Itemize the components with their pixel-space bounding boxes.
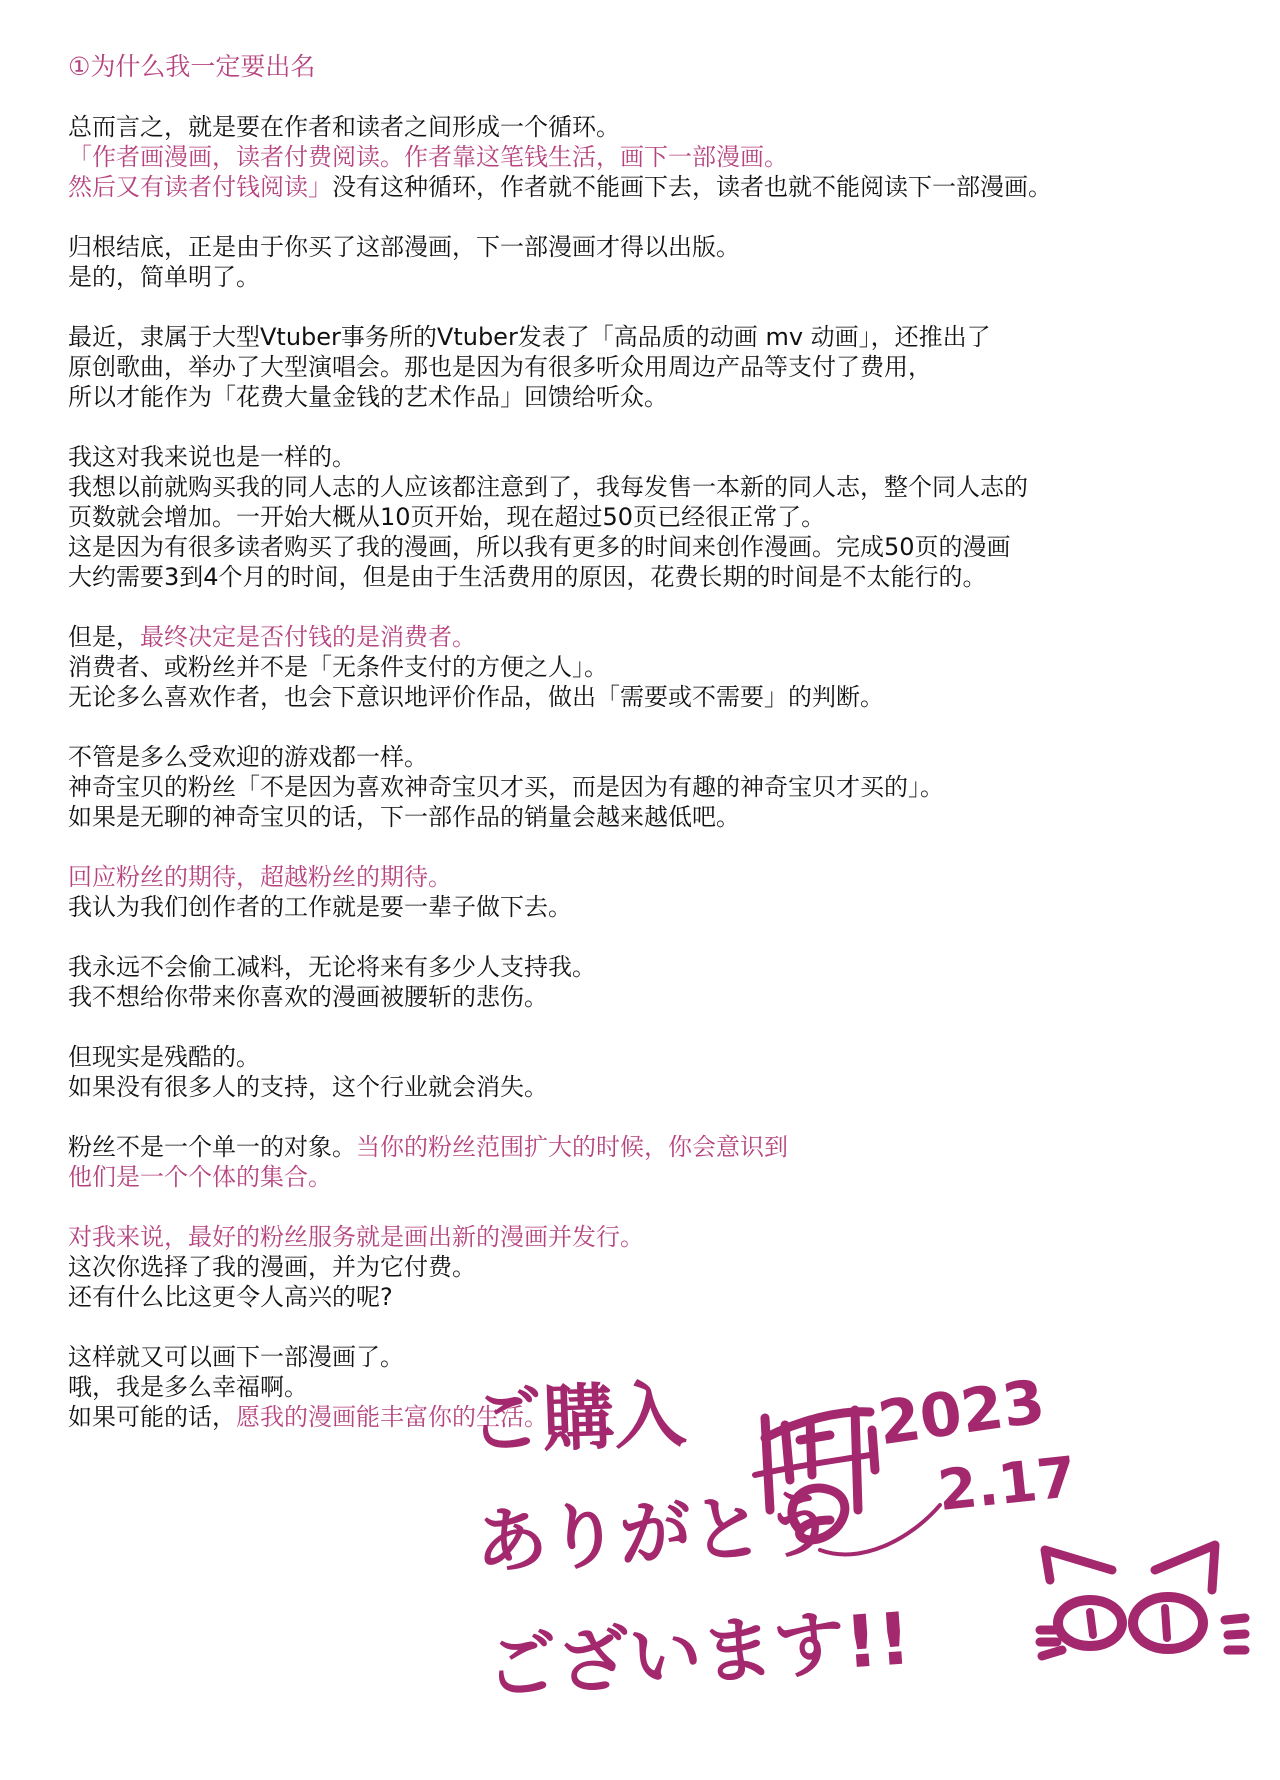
highlighted-text: 当你的粉丝范围扩大的时候，你会意识到 [356,1133,788,1161]
text-line: 原创歌曲，举办了大型演唱会。那也是因为有很多听众用周边产品等支付了费用， [68,352,1248,382]
spacer [68,202,1248,232]
body-text: 无论多么喜欢作者，也会下意识地评价作品，做出「需要或不需要」的判断。 [68,683,884,711]
text-line: 他们是一个个体的集合。 [68,1162,1248,1192]
section-title: ①为什么我一定要出名 [68,52,1248,82]
text-line: 页数就会增加。一开始大概从10页开始，现在超过50页已经很正常了。 [68,502,1248,532]
signature-line-2: ありがとう [473,1466,838,1589]
body-text: 大约需要3到4个月的时间，但是由于生活费用的原因，花费长期的时间是不太能行的。 [68,563,987,591]
paragraph: 我永远不会偷工减料，无论将来有多少人支持我。我不想给你带来你喜欢的漫画被腰斩的悲… [68,952,1248,1012]
body-text: 还有什么比这更令人高兴的呢? [68,1283,393,1311]
body-text: 粉丝不是一个单一的对象。 [68,1133,356,1161]
body-text: 是的，简单明了。 [68,263,260,291]
body-text: 这是因为有很多读者购买了我的漫画，所以我有更多的时间来创作漫画。完成50页的漫画 [68,533,1011,561]
paragraph: 但现实是残酷的。如果没有很多人的支持，这个行业就会消失。 [68,1042,1248,1102]
signature-line-1: ご購入 [468,1356,688,1467]
spacer [68,1102,1248,1132]
paragraph: 我这对我来说也是一样的。我想以前就购买我的同人志的人应该都注意到了，我每发售一本… [68,442,1248,592]
body-text: 如果可能的话， [68,1403,236,1431]
body-text: 原创歌曲，举办了大型演唱会。那也是因为有很多听众用周边产品等支付了费用， [68,353,932,381]
spacer [68,592,1248,622]
spacer [68,82,1248,112]
spacer [68,832,1248,862]
paragraph: 但是，最终决定是否付钱的是消费者。消费者、或粉丝并不是「无条件支付的方便之人」。… [68,622,1248,712]
body-text: 哦，我是多么幸福啊。 [68,1373,308,1401]
spacer [68,922,1248,952]
text-line: 归根结底，正是由于你买了这部漫画，下一部漫画才得以出版。 [68,232,1248,262]
text-line: 如果是无聊的神奇宝贝的话，下一部作品的销量会越来越低吧。 [68,802,1248,832]
body-text: 归根结底，正是由于你买了这部漫画，下一部漫画才得以出版。 [68,233,740,261]
body-text: 不管是多么受欢迎的游戏都一样。 [68,743,428,771]
body-text: 没有这种循环，作者就不能画下去，读者也就不能阅读下一部漫画。 [332,173,1052,201]
text-line: 最近，隶属于大型Vtuber事务所的Vtuber发表了「高品质的动画 mv 动画… [68,322,1248,352]
document-body: ①为什么我一定要出名 总而言之，就是要在作者和读者之间形成一个循环。「作者画漫画… [68,52,1248,1432]
spacer [68,412,1248,442]
spacer [68,1012,1248,1042]
paragraph: 总而言之，就是要在作者和读者之间形成一个循环。「作者画漫画，读者付费阅读。作者靠… [68,112,1248,202]
paragraph: 对我来说，最好的粉丝服务就是画出新的漫画并发行。这次你选择了我的漫画，并为它付费… [68,1222,1248,1312]
text-line: 「作者画漫画，读者付费阅读。作者靠这笔钱生活，画下一部漫画。 [68,142,1248,172]
paragraph: 粉丝不是一个单一的对象。当你的粉丝范围扩大的时候，你会意识到他们是一个个体的集合… [68,1132,1248,1192]
spacer [68,712,1248,742]
highlighted-text: 最终决定是否付钱的是消费者。 [140,623,476,651]
body-text: 总而言之，就是要在作者和读者之间形成一个循环。 [68,113,620,141]
text-line: 还有什么比这更令人高兴的呢? [68,1282,1248,1312]
body-text: 我不想给你带来你喜欢的漫画被腰斩的悲伤。 [68,983,548,1011]
body-text: 页数就会增加。一开始大概从10页开始，现在超过50页已经很正常了。 [68,503,825,531]
text-line: 我想以前就购买我的同人志的人应该都注意到了，我每发售一本新的同人志，整个同人志的 [68,472,1248,502]
text-line: 对我来说，最好的粉丝服务就是画出新的漫画并发行。 [68,1222,1248,1252]
body-text: 消费者、或粉丝并不是「无条件支付的方便之人」。 [68,653,608,681]
body-text: 如果没有很多人的支持，这个行业就会消失。 [68,1073,548,1101]
text-line: 如果没有很多人的支持，这个行业就会消失。 [68,1072,1248,1102]
highlighted-text: 然后又有读者付钱阅读」 [68,173,332,201]
paragraph-list: 总而言之，就是要在作者和读者之间形成一个循环。「作者画漫画，读者付费阅读。作者靠… [68,112,1248,1432]
body-text: 所以才能作为「花费大量金钱的艺术作品」回馈给听众。 [68,383,668,411]
spacer [68,292,1248,322]
paragraph: 回应粉丝的期待，超越粉丝的期待。我认为我们创作者的工作就是要一辈子做下去。 [68,862,1248,922]
text-line: 无论多么喜欢作者，也会下意识地评价作品，做出「需要或不需要」的判断。 [68,682,1248,712]
text-line: 总而言之，就是要在作者和读者之间形成一个循环。 [68,112,1248,142]
text-line: 这次你选择了我的漫画，并为它付费。 [68,1252,1248,1282]
body-text: 我认为我们创作者的工作就是要一辈子做下去。 [68,893,572,921]
body-text: 这次你选择了我的漫画，并为它付费。 [68,1253,476,1281]
body-text: 这样就又可以画下一部漫画了。 [68,1343,404,1371]
text-line: 我这对我来说也是一样的。 [68,442,1248,472]
highlighted-text: 「作者画漫画，读者付费阅读。作者靠这笔钱生活，画下一部漫画。 [68,143,788,171]
spacer [68,1312,1248,1342]
body-text: 我这对我来说也是一样的。 [68,443,356,471]
highlighted-text: 对我来说，最好的粉丝服务就是画出新的漫画并发行。 [68,1223,644,1251]
text-line: 但是，最终决定是否付钱的是消费者。 [68,622,1248,652]
body-text: 我想以前就购买我的同人志的人应该都注意到了，我每发售一本新的同人志，整个同人志的 [68,473,1028,501]
text-line: 我永远不会偷工减料，无论将来有多少人支持我。 [68,952,1248,982]
body-text: 但是， [68,623,140,651]
text-line: 不管是多么受欢迎的游戏都一样。 [68,742,1248,772]
text-line: 然后又有读者付钱阅读」没有这种循环，作者就不能画下去，读者也就不能阅读下一部漫画… [68,172,1248,202]
text-line: 但现实是残酷的。 [68,1042,1248,1072]
text-line: 神奇宝贝的粉丝「不是因为喜欢神奇宝贝才买，而是因为有趣的神奇宝贝才买的」。 [68,772,1248,802]
handwritten-signature: ご購入 ありがとう ございます!! 2023 2.17 [500,1380,1260,1780]
text-line: 粉丝不是一个单一的对象。当你的粉丝范围扩大的时候，你会意识到 [68,1132,1248,1162]
body-text: 神奇宝贝的粉丝「不是因为喜欢神奇宝贝才买，而是因为有趣的神奇宝贝才买的」。 [68,773,944,801]
spacer [68,1192,1248,1222]
text-line: 我认为我们创作者的工作就是要一辈子做下去。 [68,892,1248,922]
text-line: 这是因为有很多读者购买了我的漫画，所以我有更多的时间来创作漫画。完成50页的漫画 [68,532,1248,562]
highlighted-text: 回应粉丝的期待，超越粉丝的期待。 [68,863,452,891]
paragraph: 不管是多么受欢迎的游戏都一样。神奇宝贝的粉丝「不是因为喜欢神奇宝贝才买，而是因为… [68,742,1248,832]
text-line: 消费者、或粉丝并不是「无条件支付的方便之人」。 [68,652,1248,682]
body-text: 最近，隶属于大型Vtuber事务所的Vtuber发表了「高品质的动画 mv 动画… [68,323,991,351]
text-line: 是的，简单明了。 [68,262,1248,292]
paragraph: 最近，隶属于大型Vtuber事务所的Vtuber发表了「高品质的动画 mv 动画… [68,322,1248,412]
text-line: 我不想给你带来你喜欢的漫画被腰斩的悲伤。 [68,982,1248,1012]
highlighted-text: 他们是一个个体的集合。 [68,1163,332,1191]
paragraph: 归根结底，正是由于你买了这部漫画，下一部漫画才得以出版。是的，简单明了。 [68,232,1248,292]
body-text: 如果是无聊的神奇宝贝的话，下一部作品的销量会越来越低吧。 [68,803,740,831]
text-line: 回应粉丝的期待，超越粉丝的期待。 [68,862,1248,892]
body-text: 我永远不会偷工减料，无论将来有多少人支持我。 [68,953,596,981]
text-line: 大约需要3到4个月的时间，但是由于生活费用的原因，花费长期的时间是不太能行的。 [68,562,1248,592]
body-text: 但现实是残酷的。 [68,1043,260,1071]
text-line: 所以才能作为「花费大量金钱的艺术作品」回馈给听众。 [68,382,1248,412]
